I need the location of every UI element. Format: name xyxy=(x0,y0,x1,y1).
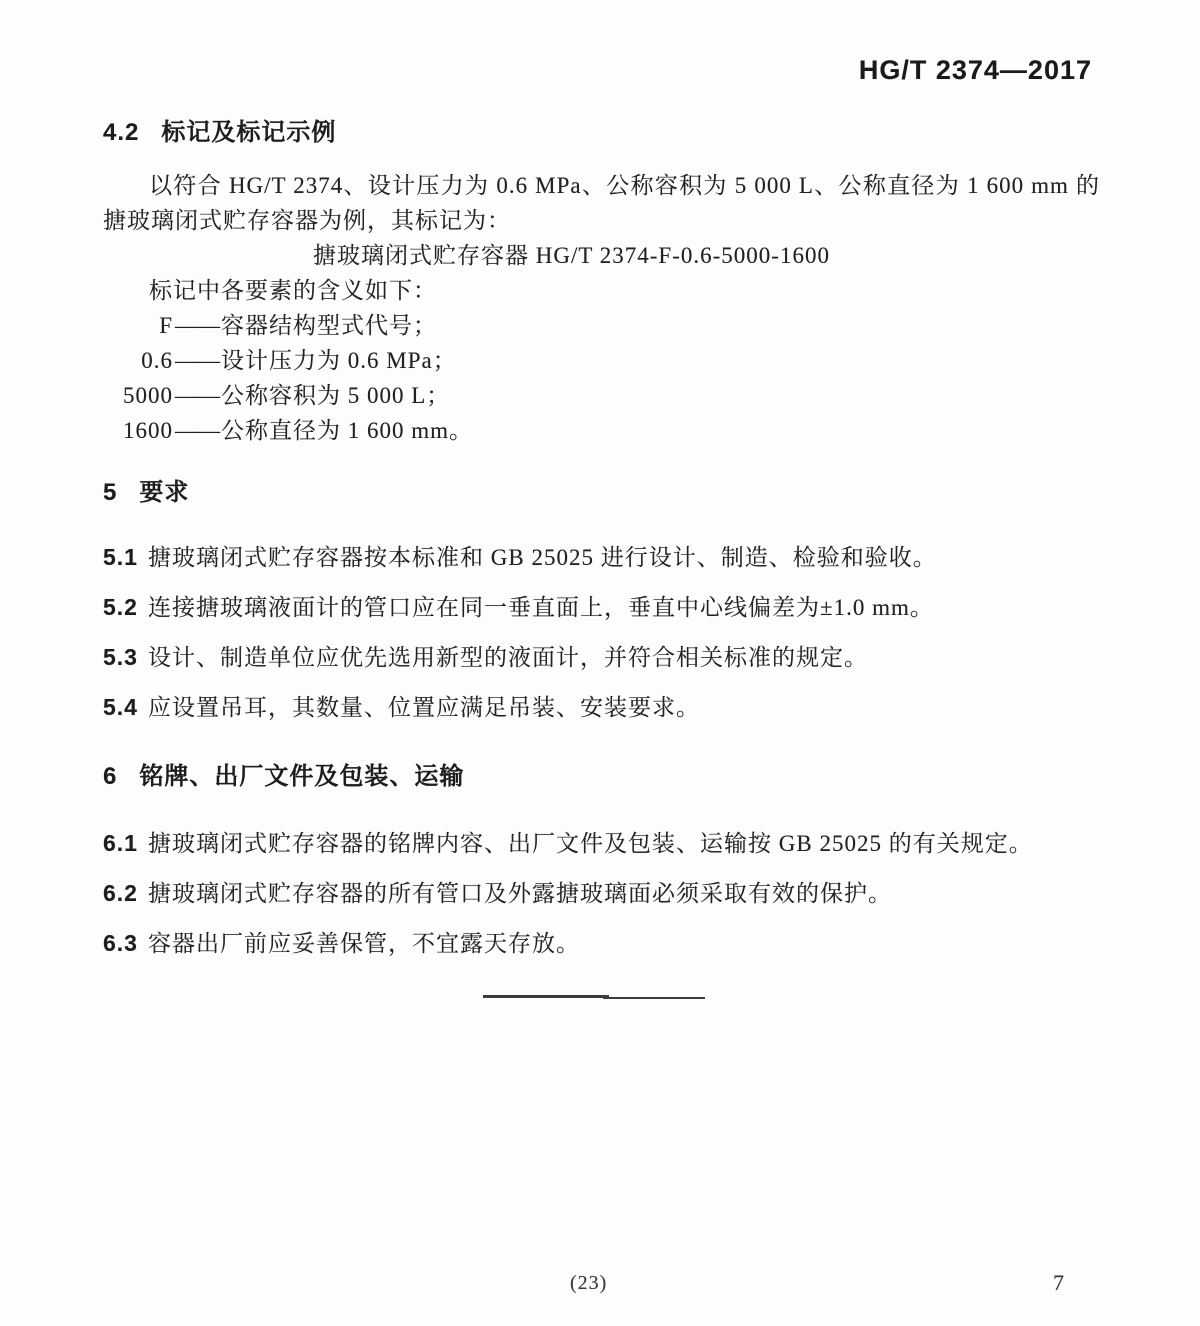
section-number: 5 xyxy=(103,478,117,508)
element-code: 0.6 xyxy=(103,343,173,378)
marking-element-pressure: 0.6——设计压力为 0.6 MPa； xyxy=(103,343,1100,378)
element-meaning: 设计压力为 0.6 MPa； xyxy=(221,348,457,373)
clause-5-4: 5.4应设置吊耳，其数量、位置应满足吊装、安装要求。 xyxy=(103,690,1100,725)
clause-5-2: 5.2连接搪玻璃液面计的管口应在同一垂直面上，垂直中心线偏差为±1.0 mm。 xyxy=(103,590,1100,625)
footer-sequence-number: (23) xyxy=(570,1272,607,1295)
element-code: 5000 xyxy=(103,378,173,413)
section-heading-4-2: 4.2标记及标记示例 xyxy=(103,118,1100,148)
em-dash: —— xyxy=(175,313,219,338)
rule-segment xyxy=(603,997,705,1000)
section-heading-6: 6铭牌、出厂文件及包装、运输 xyxy=(103,762,1100,792)
elements-intro: 标记中各要素的含义如下： xyxy=(103,273,1100,308)
element-code: F xyxy=(103,308,173,343)
clause-number: 5.4 xyxy=(103,690,148,725)
marking-element-diameter: 1600——公称直径为 1 600 mm。 xyxy=(103,413,1100,448)
section-number: 4.2 xyxy=(103,118,139,148)
section-5-clauses: 5.1搪玻璃闭式贮存容器按本标准和 GB 25025 进行设计、制造、检验和验收… xyxy=(103,540,1100,725)
clause-number: 6.3 xyxy=(103,926,148,961)
section-title: 标记及标记示例 xyxy=(161,119,336,146)
clause-number: 5.1 xyxy=(103,540,148,575)
standard-number-header: HG/T 2374—2017 xyxy=(859,55,1092,86)
marking-element-f: F——容器结构型式代号； xyxy=(103,308,1100,343)
clause-text: 搪玻璃闭式贮存容器的铭牌内容、出厂文件及包装、运输按 GB 25025 的有关规… xyxy=(148,831,1033,856)
clause-text: 连接搪玻璃液面计的管口应在同一垂直面上，垂直中心线偏差为±1.0 mm。 xyxy=(148,595,934,620)
em-dash: —— xyxy=(175,418,219,443)
clause-text: 设计、制造单位应优先选用新型的液面计，并符合相关标准的规定。 xyxy=(148,645,868,670)
clause-number: 5.3 xyxy=(103,640,148,675)
document-content: 4.2标记及标记示例 以符合 HG/T 2374、设计压力为 0.6 MPa、公… xyxy=(103,118,1100,1000)
clause-number: 6.1 xyxy=(103,826,148,861)
clause-text: 搪玻璃闭式贮存容器的所有管口及外露搪玻璃面必须采取有效的保护。 xyxy=(148,881,892,906)
clause-text: 应设置吊耳，其数量、位置应满足吊装、安装要求。 xyxy=(148,695,700,720)
section-number: 6 xyxy=(103,762,117,792)
rule-segment xyxy=(483,995,609,998)
section-6-clauses: 6.1搪玻璃闭式贮存容器的铭牌内容、出厂文件及包装、运输按 GB 25025 的… xyxy=(103,826,1100,961)
intro-paragraph: 以符合 HG/T 2374、设计压力为 0.6 MPa、公称容积为 5 000 … xyxy=(103,168,1100,238)
section-heading-5: 5要求 xyxy=(103,478,1100,508)
clause-5-3: 5.3设计、制造单位应优先选用新型的液面计，并符合相关标准的规定。 xyxy=(103,640,1100,675)
clause-6-2: 6.2搪玻璃闭式贮存容器的所有管口及外露搪玻璃面必须采取有效的保护。 xyxy=(103,876,1100,911)
marking-example: 搪玻璃闭式贮存容器 HG/T 2374-F-0.6-5000-1600 xyxy=(103,238,1100,273)
section-title: 要求 xyxy=(139,479,189,506)
clause-number: 5.2 xyxy=(103,590,148,625)
clause-text: 搪玻璃闭式贮存容器按本标准和 GB 25025 进行设计、制造、检验和验收。 xyxy=(148,545,937,570)
document-page: HG/T 2374—2017 4.2标记及标记示例 以符合 HG/T 2374、… xyxy=(0,0,1200,1326)
marking-element-volume: 5000——公称容积为 5 000 L； xyxy=(103,378,1100,413)
footer-page-number: 7 xyxy=(1053,1270,1064,1296)
end-of-text-rule xyxy=(483,994,705,1000)
clause-text: 容器出厂前应妥善保管，不宜露天存放。 xyxy=(148,931,580,956)
clause-6-3: 6.3容器出厂前应妥善保管，不宜露天存放。 xyxy=(103,926,1100,961)
em-dash: —— xyxy=(175,383,219,408)
em-dash: —— xyxy=(175,348,219,373)
element-meaning: 公称容积为 5 000 L； xyxy=(221,383,450,408)
clause-5-1: 5.1搪玻璃闭式贮存容器按本标准和 GB 25025 进行设计、制造、检验和验收… xyxy=(103,540,1100,575)
section-title: 铭牌、出厂文件及包装、运输 xyxy=(139,763,464,790)
element-meaning: 公称直径为 1 600 mm。 xyxy=(221,418,473,443)
clause-number: 6.2 xyxy=(103,876,148,911)
element-code: 1600 xyxy=(103,413,173,448)
element-meaning: 容器结构型式代号； xyxy=(221,313,437,338)
clause-6-1: 6.1搪玻璃闭式贮存容器的铭牌内容、出厂文件及包装、运输按 GB 25025 的… xyxy=(103,826,1100,861)
